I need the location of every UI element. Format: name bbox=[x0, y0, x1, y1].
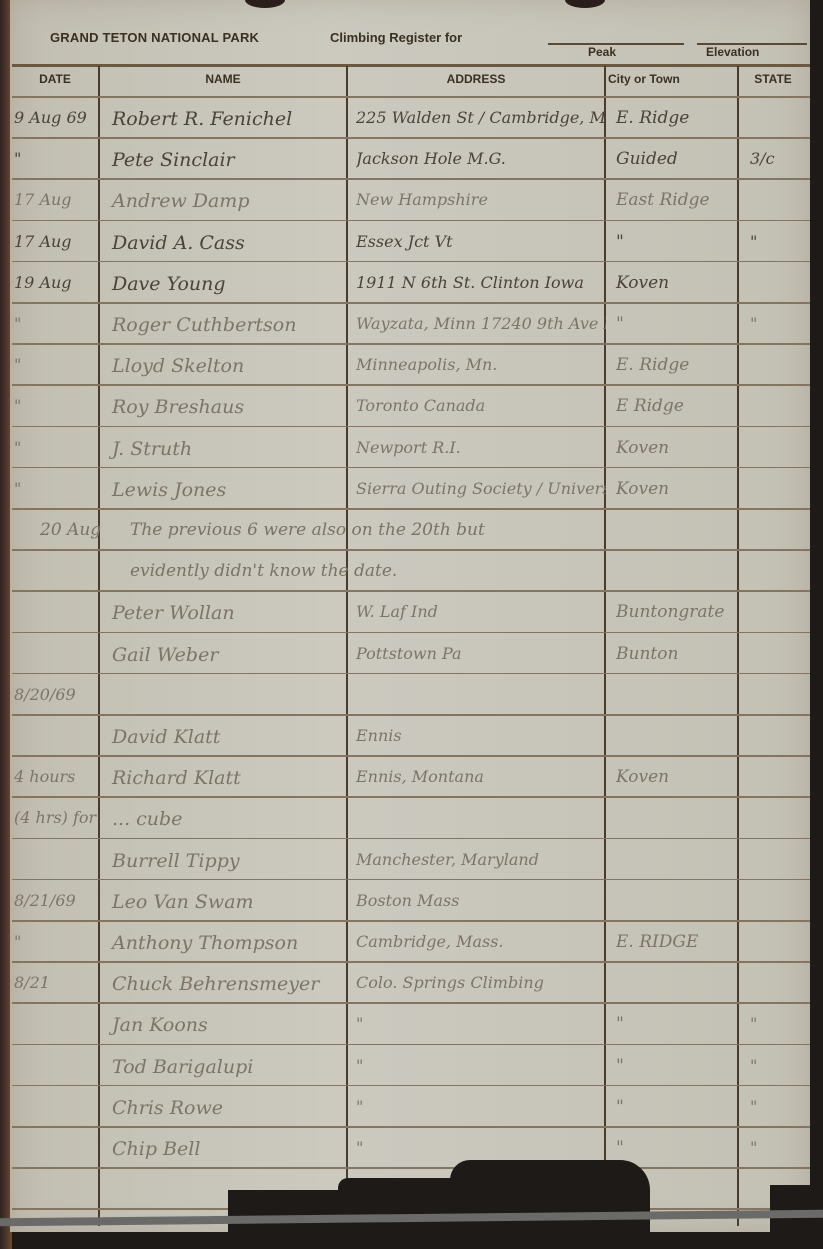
entry-route: E. RIDGE bbox=[616, 932, 698, 952]
row-rule bbox=[12, 1002, 810, 1004]
entry-date: 19 Aug bbox=[14, 273, 72, 292]
entry-route: " bbox=[616, 1138, 624, 1158]
row-rule bbox=[12, 961, 810, 963]
row-rule bbox=[12, 632, 810, 634]
entry-route: Koven bbox=[616, 438, 669, 458]
entry-route: Bunton bbox=[616, 644, 678, 664]
entry-address: Colo. Springs Climbing bbox=[356, 973, 544, 992]
divider bbox=[346, 66, 348, 1226]
entry-date: 4 hours bbox=[14, 767, 75, 786]
entry-name: David Klatt bbox=[112, 726, 220, 748]
peak-label: Peak bbox=[588, 45, 616, 59]
entry-name: Robert R. Fenichel bbox=[112, 108, 292, 130]
entry-address: " bbox=[356, 1014, 363, 1033]
entry-extra: 3/c bbox=[750, 149, 775, 168]
entry-name: Tod Barigalupi bbox=[112, 1056, 253, 1078]
row-rule bbox=[12, 137, 810, 139]
entry-name: Richard Klatt bbox=[112, 767, 241, 789]
row-rule bbox=[12, 384, 810, 386]
entry-route: " bbox=[616, 314, 624, 334]
entry-name: Andrew Damp bbox=[112, 190, 250, 212]
entry-name: Roy Breshaus bbox=[112, 396, 244, 418]
entry-address: New Hampshire bbox=[356, 190, 488, 209]
entry-name: Roger Cuthbertson bbox=[112, 314, 296, 336]
entry-address: " bbox=[356, 1097, 363, 1116]
row-rule bbox=[12, 178, 810, 180]
note-text: evidently didn't know the date. bbox=[130, 561, 397, 581]
entry-name: Chris Rowe bbox=[112, 1097, 223, 1119]
entry-route: " bbox=[616, 1097, 624, 1117]
row-rule bbox=[12, 673, 810, 675]
entry-route: E. Ridge bbox=[616, 355, 689, 375]
col-city: City or Town bbox=[606, 72, 738, 86]
register-title: Climbing Register for bbox=[330, 30, 462, 45]
entry-address: Ennis, Montana bbox=[356, 767, 484, 786]
entry-route: E Ridge bbox=[616, 396, 684, 416]
entry-route: Koven bbox=[616, 479, 669, 499]
entry-address: Jackson Hole M.G. bbox=[356, 149, 506, 168]
row-rule bbox=[12, 1085, 810, 1087]
entry-route: Koven bbox=[616, 767, 669, 787]
row-rule bbox=[12, 302, 810, 304]
entry-date: 8/21/69 bbox=[14, 891, 76, 910]
entry-name: J. Struth bbox=[112, 438, 192, 460]
entry-address: Minneapolis, Mn. bbox=[356, 355, 497, 374]
row-rule bbox=[12, 1044, 810, 1046]
row-rule bbox=[12, 838, 810, 840]
entry-name: Pete Sinclair bbox=[112, 149, 235, 171]
divider bbox=[737, 66, 739, 1226]
entry-address: Toronto Canada bbox=[356, 396, 485, 415]
park-title: GRAND TETON NATIONAL PARK bbox=[50, 30, 259, 45]
entry-name: ... cube bbox=[112, 808, 182, 830]
entry-address: Ennis bbox=[356, 726, 402, 745]
torn-area bbox=[450, 1160, 650, 1240]
divider bbox=[98, 66, 100, 1226]
entry-address: Essex Jct Vt bbox=[356, 232, 453, 251]
entry-date: " bbox=[14, 438, 21, 457]
row-rule bbox=[12, 261, 810, 263]
entry-route: " bbox=[616, 1014, 624, 1034]
entry-address: 1911 N 6th St. Clinton Iowa bbox=[356, 273, 584, 292]
entry-route: E. Ridge bbox=[616, 108, 689, 128]
row-rule bbox=[12, 467, 810, 469]
row-rule bbox=[12, 1126, 810, 1128]
entry-name: Anthony Thompson bbox=[112, 932, 298, 954]
row-rule bbox=[12, 343, 810, 345]
entry-address: 225 Walden St / Cambridge, Mass bbox=[356, 108, 606, 127]
entry-address: W. Laf Ind bbox=[356, 602, 438, 621]
entry-date: " bbox=[14, 396, 21, 415]
entry-date: 17 Aug bbox=[14, 190, 72, 209]
entry-date: " bbox=[14, 355, 21, 374]
note-text: The previous 6 were also on the 20th but bbox=[130, 520, 485, 540]
col-name: NAME bbox=[100, 72, 346, 86]
entry-date: " bbox=[14, 932, 21, 951]
entry-address: Boston Mass bbox=[356, 891, 459, 910]
entry-name: Peter Wollan bbox=[112, 602, 235, 624]
entry-route: Buntongrate bbox=[616, 602, 724, 622]
row-rule bbox=[12, 96, 810, 98]
entry-address: " bbox=[356, 1056, 363, 1075]
entry-route: Guided bbox=[616, 149, 678, 169]
entry-name: Gail Weber bbox=[112, 644, 218, 666]
entry-date: 8/21 bbox=[14, 973, 50, 992]
entry-extra: " bbox=[750, 1014, 757, 1033]
col-state: STATE bbox=[738, 72, 808, 86]
note-date: 20 Aug bbox=[40, 520, 101, 540]
entry-route: Koven bbox=[616, 273, 669, 293]
entry-address: Manchester, Maryland bbox=[356, 850, 539, 869]
torn-area bbox=[338, 1178, 458, 1238]
row-rule bbox=[12, 508, 810, 510]
row-rule bbox=[12, 796, 810, 798]
entry-route: " bbox=[616, 1056, 624, 1076]
col-address: ADDRESS bbox=[348, 72, 604, 86]
entry-name: David A. Cass bbox=[112, 232, 245, 254]
entry-extra: " bbox=[750, 1056, 757, 1075]
entry-name: Jan Koons bbox=[112, 1014, 208, 1036]
header-rule bbox=[12, 64, 810, 67]
entry-extra: " bbox=[750, 1097, 757, 1116]
entry-date: " bbox=[14, 314, 21, 333]
row-rule bbox=[12, 426, 810, 428]
entry-name: Burrell Tippy bbox=[112, 850, 240, 872]
row-rule bbox=[12, 755, 810, 757]
row-rule bbox=[12, 549, 810, 551]
entry-address: Sierra Outing Society / University of Il… bbox=[356, 479, 606, 498]
entry-date: " bbox=[14, 149, 21, 168]
entry-extra: " bbox=[750, 1138, 757, 1157]
entry-name: Chuck Behrensmeyer bbox=[112, 973, 319, 995]
entry-route: East Ridge bbox=[616, 190, 710, 210]
entry-date: " bbox=[14, 479, 21, 498]
row-rule bbox=[12, 220, 810, 222]
entry-date: (4 hrs) for bbox=[14, 808, 96, 827]
entry-address: Cambridge, Mass. bbox=[356, 932, 504, 951]
col-date: DATE bbox=[12, 72, 98, 86]
entry-date: 17 Aug bbox=[14, 232, 72, 251]
row-rule bbox=[12, 1167, 810, 1169]
elevation-label: Elevation bbox=[706, 45, 759, 59]
entry-address: Newport R.I. bbox=[356, 438, 461, 457]
entry-route: " bbox=[616, 232, 624, 252]
entry-address: Wayzata, Minn 17240 9th Ave N bbox=[356, 314, 606, 333]
entry-date: 8/20/69 bbox=[14, 685, 76, 704]
entry-name: Lewis Jones bbox=[112, 479, 226, 501]
entry-name: Leo Van Swam bbox=[112, 891, 254, 913]
entry-name: Chip Bell bbox=[112, 1138, 200, 1160]
entry-date: 9 Aug 69 bbox=[14, 108, 87, 127]
entry-address: Pottstown Pa bbox=[356, 644, 462, 663]
row-rule bbox=[12, 920, 810, 922]
row-rule bbox=[12, 714, 810, 716]
entry-extra: " bbox=[750, 314, 757, 333]
row-rule bbox=[12, 590, 810, 592]
entry-extra: " bbox=[750, 232, 757, 251]
entry-address: " bbox=[356, 1138, 363, 1157]
divider bbox=[604, 66, 606, 1226]
entry-name: Lloyd Skelton bbox=[112, 355, 244, 377]
row-rule bbox=[12, 879, 810, 881]
entry-name: Dave Young bbox=[112, 273, 226, 295]
